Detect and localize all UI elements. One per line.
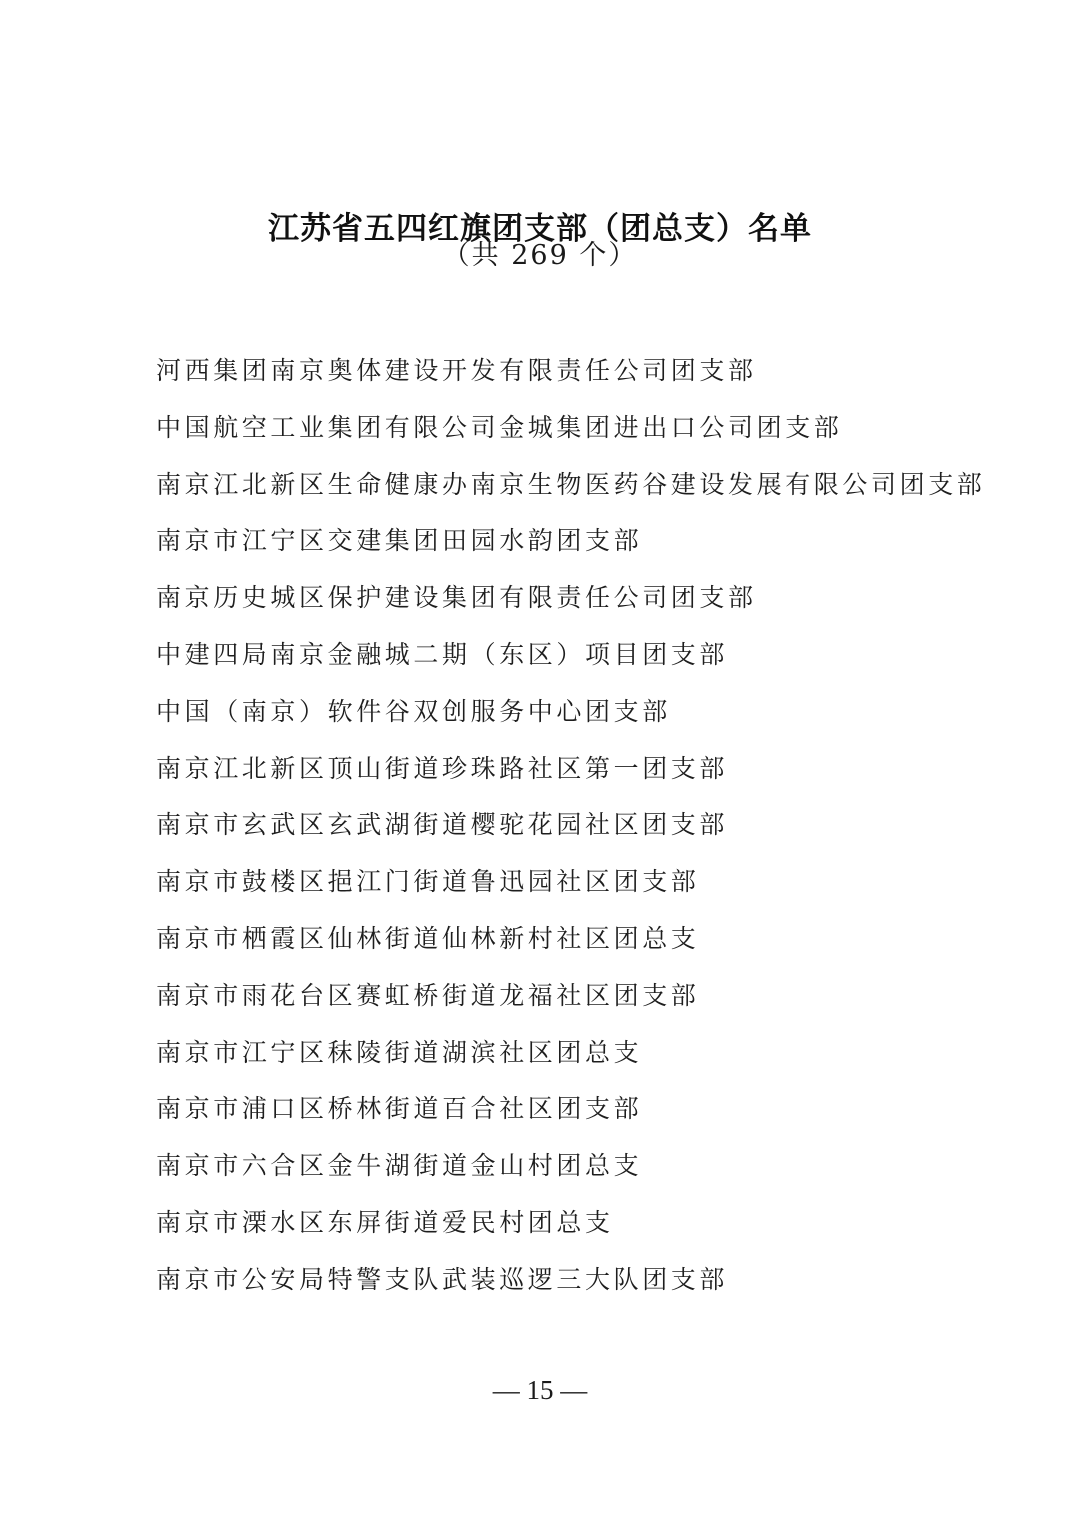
list-item: 中国（南京）软件谷双创服务中心团支部: [156, 690, 985, 747]
list-item: 南京市鼓楼区挹江门街道鲁迅园社区团支部: [156, 860, 985, 917]
list-item: 南京市江宁区交建集团田园水韵团支部: [156, 519, 985, 576]
list-item: 中国航空工业集团有限公司金城集团进出口公司团支部: [156, 406, 985, 463]
list-item: 中建四局南京金融城二期（东区）项目团支部: [156, 633, 985, 690]
document-subtitle-count: （共 269 个）: [0, 236, 1080, 276]
list-item: 南京江北新区顶山街道珍珠路社区第一团支部: [156, 747, 985, 804]
list-item: 河西集团南京奥体建设开发有限责任公司团支部: [156, 349, 985, 406]
organization-list: 河西集团南京奥体建设开发有限责任公司团支部 中国航空工业集团有限公司金城集团进出…: [156, 349, 985, 1315]
list-item: 南京市江宁区秣陵街道湖滨社区团总支: [156, 1031, 985, 1088]
list-item: 南京市雨花台区赛虹桥街道龙福社区团支部: [156, 974, 985, 1031]
list-item: 南京市六合区金牛湖街道金山村团总支: [156, 1144, 985, 1201]
list-item: 南京市浦口区桥林街道百合社区团支部: [156, 1087, 985, 1144]
list-item: 南京市栖霞区仙林街道仙林新村社区团总支: [156, 917, 985, 974]
list-item: 南京市溧水区东屏街道爱民村团总支: [156, 1201, 985, 1258]
list-item: 南京历史城区保护建设集团有限责任公司团支部: [156, 576, 985, 633]
page-number: — 15 —: [0, 1372, 1080, 1408]
list-item: 南京市公安局特警支队武装巡逻三大队团支部: [156, 1258, 985, 1315]
list-item: 南京江北新区生命健康办南京生物医药谷建设发展有限公司团支部: [156, 463, 985, 520]
list-item: 南京市玄武区玄武湖街道樱驼花园社区团支部: [156, 803, 985, 860]
